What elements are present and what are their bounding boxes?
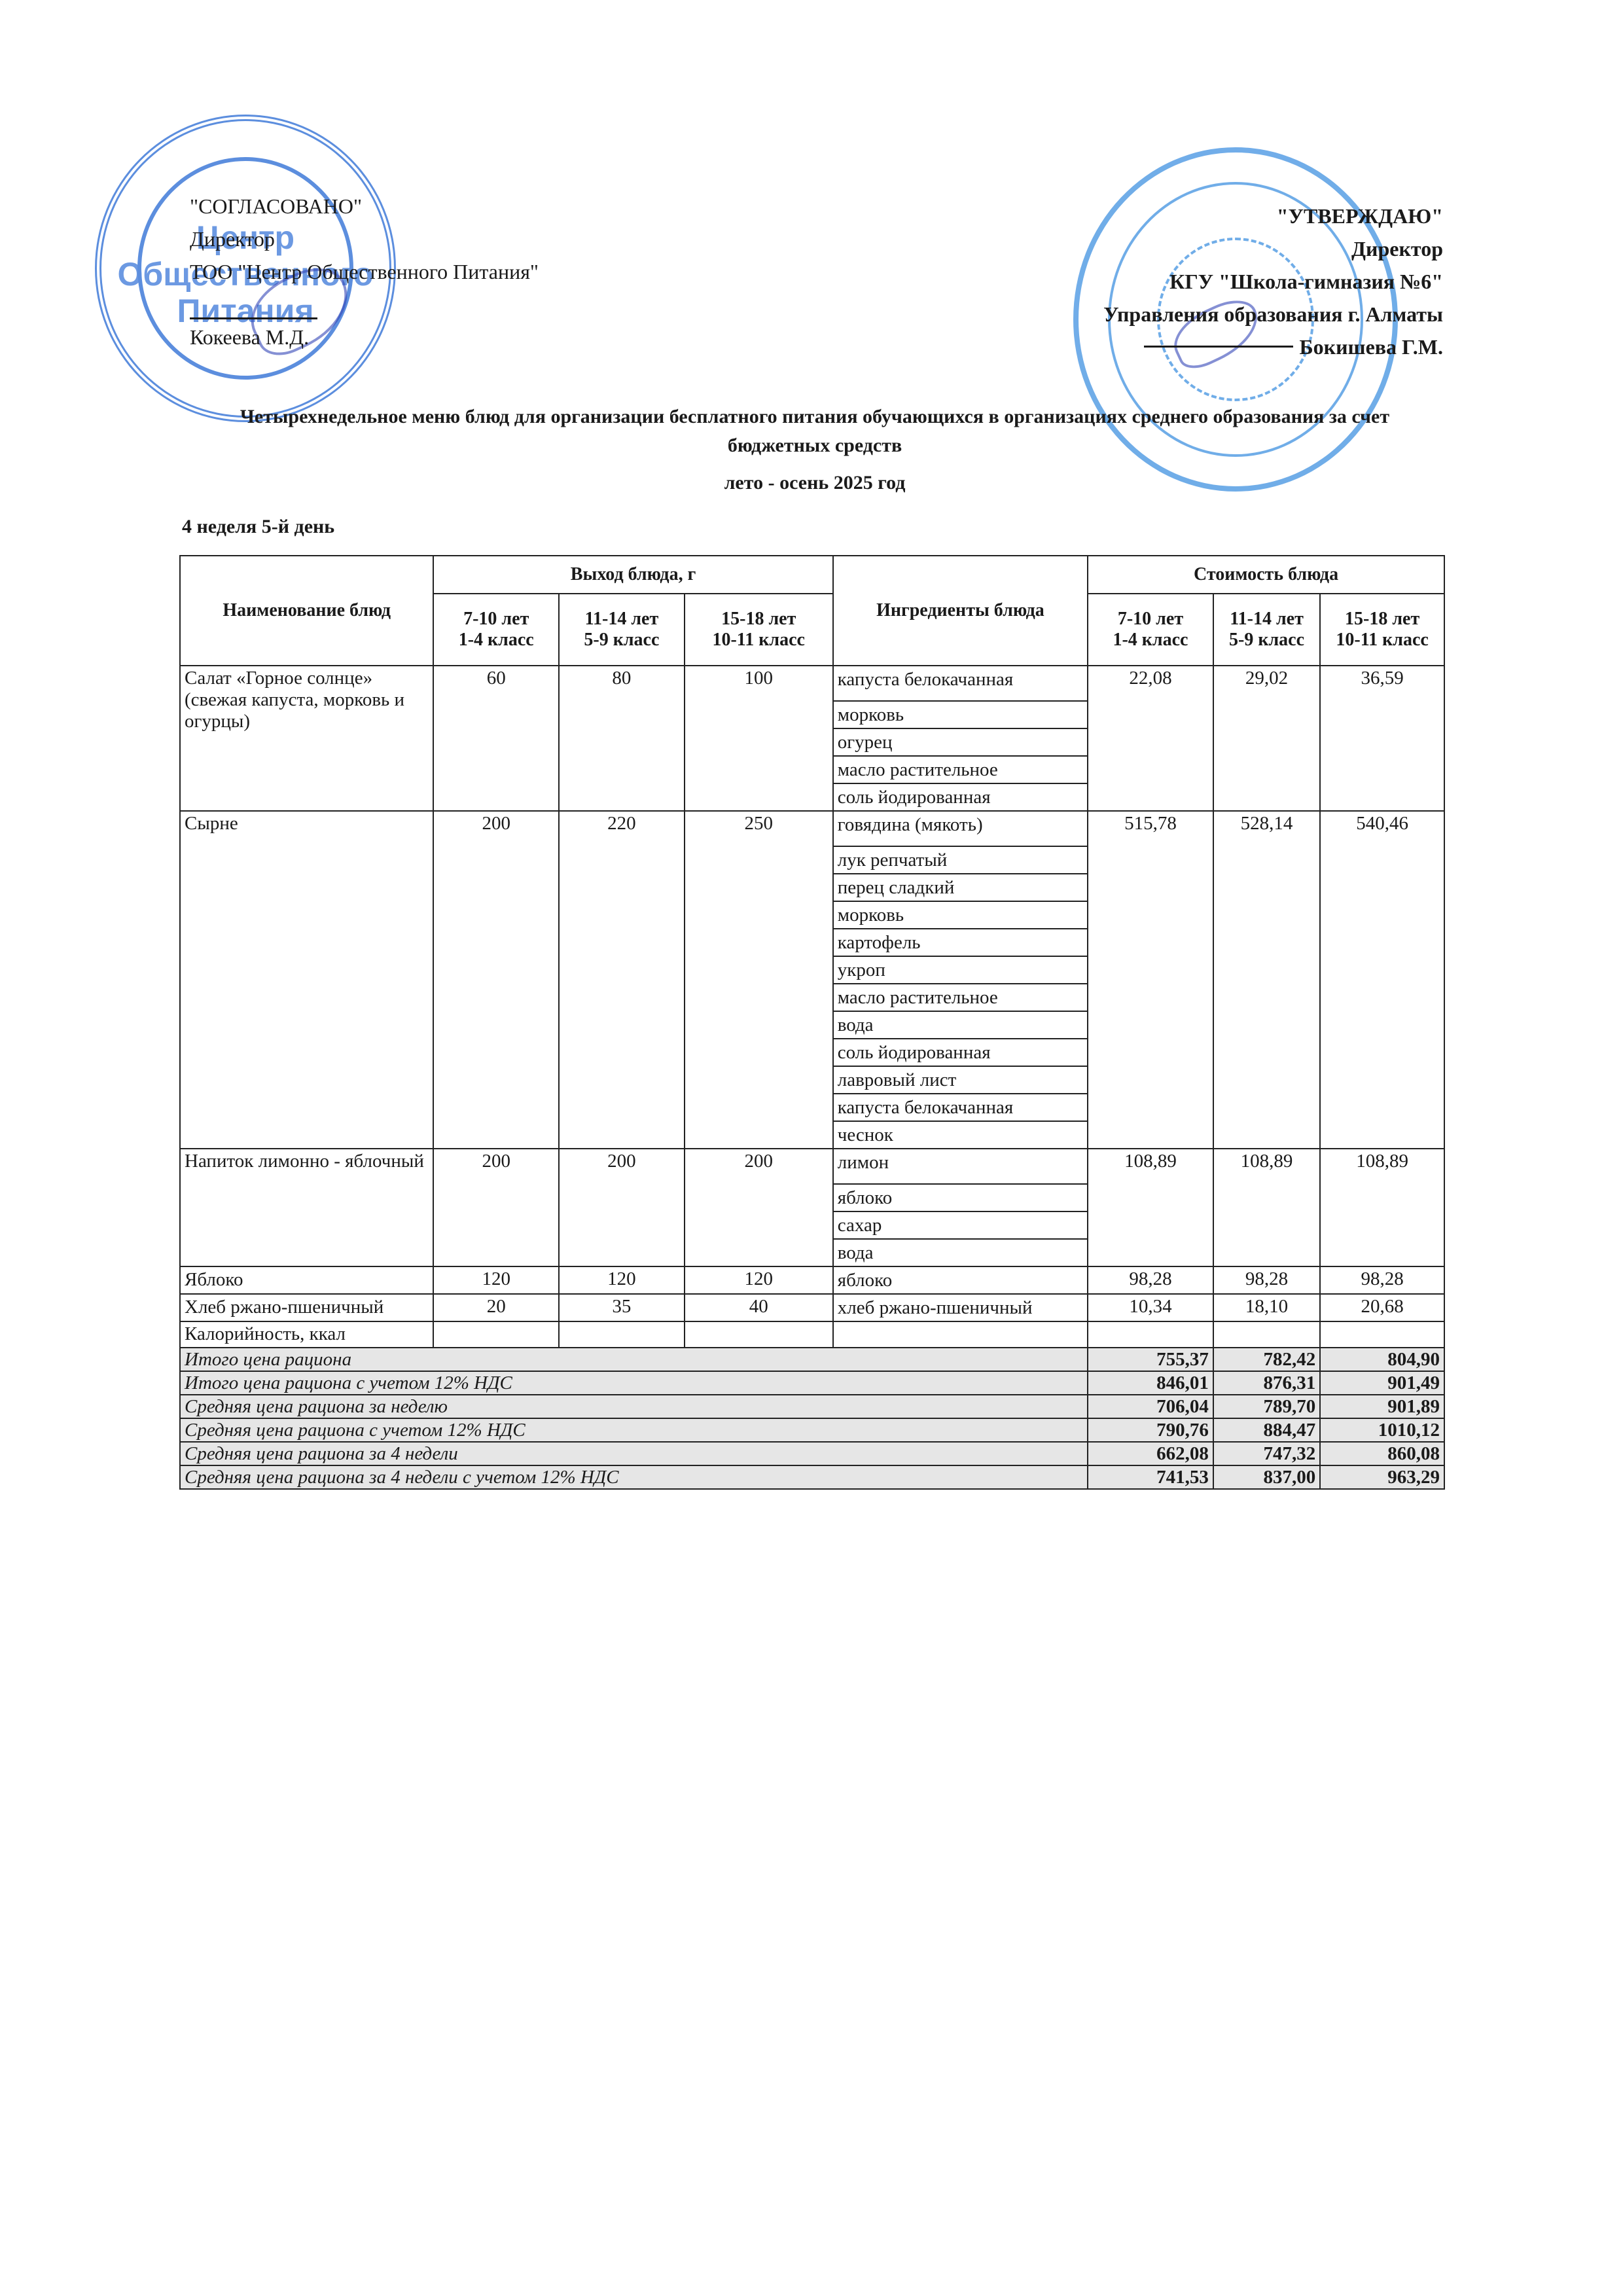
dish-yield-0: 200: [433, 811, 559, 1149]
dish-cost-0: 10,34: [1088, 1294, 1213, 1321]
approval-heading: "СОГЛАСОВАНО": [190, 190, 539, 223]
summary-value-2: 1010,12: [1320, 1418, 1444, 1442]
ingredient: масло растительное: [833, 984, 1088, 1011]
header-cost-age-0: 7-10 лет1-4 класс: [1088, 594, 1213, 666]
grade-range: 10-11 класс: [1325, 630, 1440, 651]
ingredient: вода: [833, 1011, 1088, 1039]
age-range: 7-10 лет: [438, 609, 554, 630]
calories-value-6: [1320, 1321, 1444, 1348]
summary-value-2: 860,08: [1320, 1442, 1444, 1465]
ingredient: масло растительное: [833, 756, 1088, 783]
summary-value-0: 755,37: [1088, 1348, 1213, 1371]
summary-label: Средняя цена рациона за неделю: [180, 1395, 1088, 1418]
dish-cost-0: 98,28: [1088, 1266, 1213, 1294]
ingredient: перец сладкий: [833, 874, 1088, 901]
menu-table: Наименование блюд Выход блюда, г Ингреди…: [179, 555, 1445, 1490]
signature-line-left: [190, 317, 317, 319]
ingredient: лавровый лист: [833, 1066, 1088, 1094]
grade-range: 5-9 класс: [1218, 630, 1315, 651]
grade-range: 5-9 класс: [563, 630, 680, 651]
document-title: Четырехнедельное меню блюд для организац…: [190, 403, 1440, 494]
calories-value-5: [1213, 1321, 1320, 1348]
ingredient: морковь: [833, 901, 1088, 929]
summary-value-1: 884,47: [1213, 1418, 1320, 1442]
summary-value-2: 963,29: [1320, 1465, 1444, 1489]
summary-value-1: 837,00: [1213, 1465, 1320, 1489]
summary-label: Средняя цена рациона за 4 недели: [180, 1442, 1088, 1465]
calories-value-3: [833, 1321, 1088, 1348]
header-cost-age-2: 15-18 лет10-11 класс: [1320, 594, 1444, 666]
dish-cost-2: 36,59: [1320, 666, 1444, 811]
ingredient: говядина (мякоть): [833, 811, 1088, 846]
age-range: 11-14 лет: [563, 609, 680, 630]
approval-department: Управления образования г. Алматы: [1103, 298, 1443, 331]
summary-row: Средняя цена рациона за 4 недели662,0874…: [180, 1442, 1444, 1465]
dish-cost-0: 22,08: [1088, 666, 1213, 811]
dish-cost-2: 540,46: [1320, 811, 1444, 1149]
dish-yield-1: 200: [559, 1149, 685, 1266]
summary-row: Итого цена рациона с учетом 12% НДС846,0…: [180, 1371, 1444, 1395]
dish-name: Хлеб ржано-пшеничный: [180, 1294, 433, 1321]
dish-cost-1: 528,14: [1213, 811, 1320, 1149]
dish-name: Напиток лимонно - яблочный: [180, 1149, 433, 1266]
title-period: лето - осень 2025 год: [190, 472, 1440, 494]
dish-cost-1: 98,28: [1213, 1266, 1320, 1294]
calories-value-1: [559, 1321, 685, 1348]
summary-label: Итого цена рациона с учетом 12% НДС: [180, 1371, 1088, 1395]
header-yield: Выход блюда, г: [433, 556, 832, 594]
approval-organization: ТОО "Центр Общественного Питания": [190, 255, 539, 288]
title-line-2: бюджетных средств: [190, 431, 1440, 460]
dish-cost-2: 98,28: [1320, 1266, 1444, 1294]
header-yield-age-2: 15-18 лет10-11 класс: [685, 594, 833, 666]
calories-row: Калорийность, ккал: [180, 1321, 1444, 1348]
dish-yield-0: 60: [433, 666, 559, 811]
table-row: Яблоко120120120яблоко98,2898,2898,28: [180, 1266, 1444, 1294]
ingredient: чеснок: [833, 1121, 1088, 1149]
ingredient: морковь: [833, 701, 1088, 728]
approval-signatory: Кокеева М.Д.: [190, 321, 539, 353]
dish-cost-1: 29,02: [1213, 666, 1320, 811]
ingredient: хлеб ржано-пшеничный: [833, 1294, 1088, 1321]
dish-yield-2: 120: [685, 1266, 833, 1294]
ingredient: яблоко: [833, 1266, 1088, 1294]
ingredient: картофель: [833, 929, 1088, 956]
dish-name: Сырне: [180, 811, 433, 1149]
approval-block-right: "УТВЕРЖДАЮ" Директор КГУ "Школа-гимназия…: [1103, 200, 1443, 363]
approval-position: Директор: [1103, 232, 1443, 265]
dish-yield-0: 200: [433, 1149, 559, 1266]
dish-yield-1: 120: [559, 1266, 685, 1294]
dish-cost-1: 18,10: [1213, 1294, 1320, 1321]
summary-value-2: 901,89: [1320, 1395, 1444, 1418]
header-cost: Стоимость блюда: [1088, 556, 1444, 594]
summary-value-0: 706,04: [1088, 1395, 1213, 1418]
calories-value-0: [433, 1321, 559, 1348]
calories-value-2: [685, 1321, 833, 1348]
ingredient: капуста белокачанная: [833, 666, 1088, 701]
ingredient: соль йодированная: [833, 1039, 1088, 1066]
age-range: 11-14 лет: [1218, 609, 1315, 630]
dish-name: Салат «Горное солнце» (свежая капуста, м…: [180, 666, 433, 811]
dish-cost-1: 108,89: [1213, 1149, 1320, 1266]
table-row: Хлеб ржано-пшеничный203540хлеб ржано-пше…: [180, 1294, 1444, 1321]
ingredient: яблоко: [833, 1184, 1088, 1211]
summary-value-0: 846,01: [1088, 1371, 1213, 1395]
summary-value-0: 741,53: [1088, 1465, 1213, 1489]
dish-cost-0: 108,89: [1088, 1149, 1213, 1266]
title-line-1: Четырехнедельное меню блюд для организац…: [190, 403, 1440, 431]
dish-yield-2: 100: [685, 666, 833, 811]
dish-yield-2: 200: [685, 1149, 833, 1266]
table-row: Напиток лимонно - яблочный200200200лимон…: [180, 1149, 1444, 1184]
ingredient: сахар: [833, 1211, 1088, 1239]
ingredient: капуста белокачанная: [833, 1094, 1088, 1121]
day-label: 4 неделя 5-й день: [182, 516, 334, 538]
header-yield-age-0: 7-10 лет1-4 класс: [433, 594, 559, 666]
header-dish-name: Наименование блюд: [180, 556, 433, 666]
summary-value-0: 790,76: [1088, 1418, 1213, 1442]
grade-range: 1-4 класс: [438, 630, 554, 651]
summary-label: Итого цена рациона: [180, 1348, 1088, 1371]
summary-row: Средняя цена рациона с учетом 12% НДС790…: [180, 1418, 1444, 1442]
summary-label: Средняя цена рациона за 4 недели с учето…: [180, 1465, 1088, 1489]
summary-label: Средняя цена рациона с учетом 12% НДС: [180, 1418, 1088, 1442]
summary-row: Средняя цена рациона за 4 недели с учето…: [180, 1465, 1444, 1489]
header-cost-age-1: 11-14 лет5-9 класс: [1213, 594, 1320, 666]
grade-range: 10-11 класс: [689, 630, 829, 651]
table-row: Сырне200220250говядина (мякоть)515,78528…: [180, 811, 1444, 846]
summary-value-1: 747,32: [1213, 1442, 1320, 1465]
header-ingredients: Ингредиенты блюда: [833, 556, 1088, 666]
summary-value-1: 876,31: [1213, 1371, 1320, 1395]
approval-organization: КГУ "Школа-гимназия №6": [1103, 265, 1443, 298]
dish-cost-2: 108,89: [1320, 1149, 1444, 1266]
dish-yield-1: 220: [559, 811, 685, 1149]
age-range: 15-18 лет: [689, 609, 829, 630]
summary-row: Средняя цена рациона за неделю706,04789,…: [180, 1395, 1444, 1418]
ingredient: лимон: [833, 1149, 1088, 1184]
age-range: 15-18 лет: [1325, 609, 1440, 630]
summary-value-2: 901,49: [1320, 1371, 1444, 1395]
signature-line-right: [1144, 346, 1293, 348]
dish-name: Яблоко: [180, 1266, 433, 1294]
dish-yield-0: 20: [433, 1294, 559, 1321]
dish-yield-2: 250: [685, 811, 833, 1149]
dish-cost-0: 515,78: [1088, 811, 1213, 1149]
dish-yield-1: 35: [559, 1294, 685, 1321]
dish-yield-2: 40: [685, 1294, 833, 1321]
summary-value-0: 662,08: [1088, 1442, 1213, 1465]
dish-cost-2: 20,68: [1320, 1294, 1444, 1321]
approval-block-left: "СОГЛАСОВАНО" Директор ТОО "Центр Общест…: [190, 190, 539, 353]
ingredient: огурец: [833, 728, 1088, 756]
approval-position: Директор: [190, 223, 539, 255]
ingredient: укроп: [833, 956, 1088, 984]
summary-value-1: 782,42: [1213, 1348, 1320, 1371]
age-range: 7-10 лет: [1092, 609, 1209, 630]
dish-yield-0: 120: [433, 1266, 559, 1294]
dish-yield-1: 80: [559, 666, 685, 811]
calories-value-4: [1088, 1321, 1213, 1348]
summary-row: Итого цена рациона755,37782,42804,90: [180, 1348, 1444, 1371]
grade-range: 1-4 класс: [1092, 630, 1209, 651]
approval-heading: "УТВЕРЖДАЮ": [1103, 200, 1443, 232]
ingredient: соль йодированная: [833, 783, 1088, 811]
ingredient: лук репчатый: [833, 846, 1088, 874]
ingredient: вода: [833, 1239, 1088, 1266]
table-row: Салат «Горное солнце» (свежая капуста, м…: [180, 666, 1444, 701]
summary-value-1: 789,70: [1213, 1395, 1320, 1418]
calories-label: Калорийность, ккал: [180, 1321, 433, 1348]
summary-value-2: 804,90: [1320, 1348, 1444, 1371]
header-yield-age-1: 11-14 лет5-9 класс: [559, 594, 685, 666]
